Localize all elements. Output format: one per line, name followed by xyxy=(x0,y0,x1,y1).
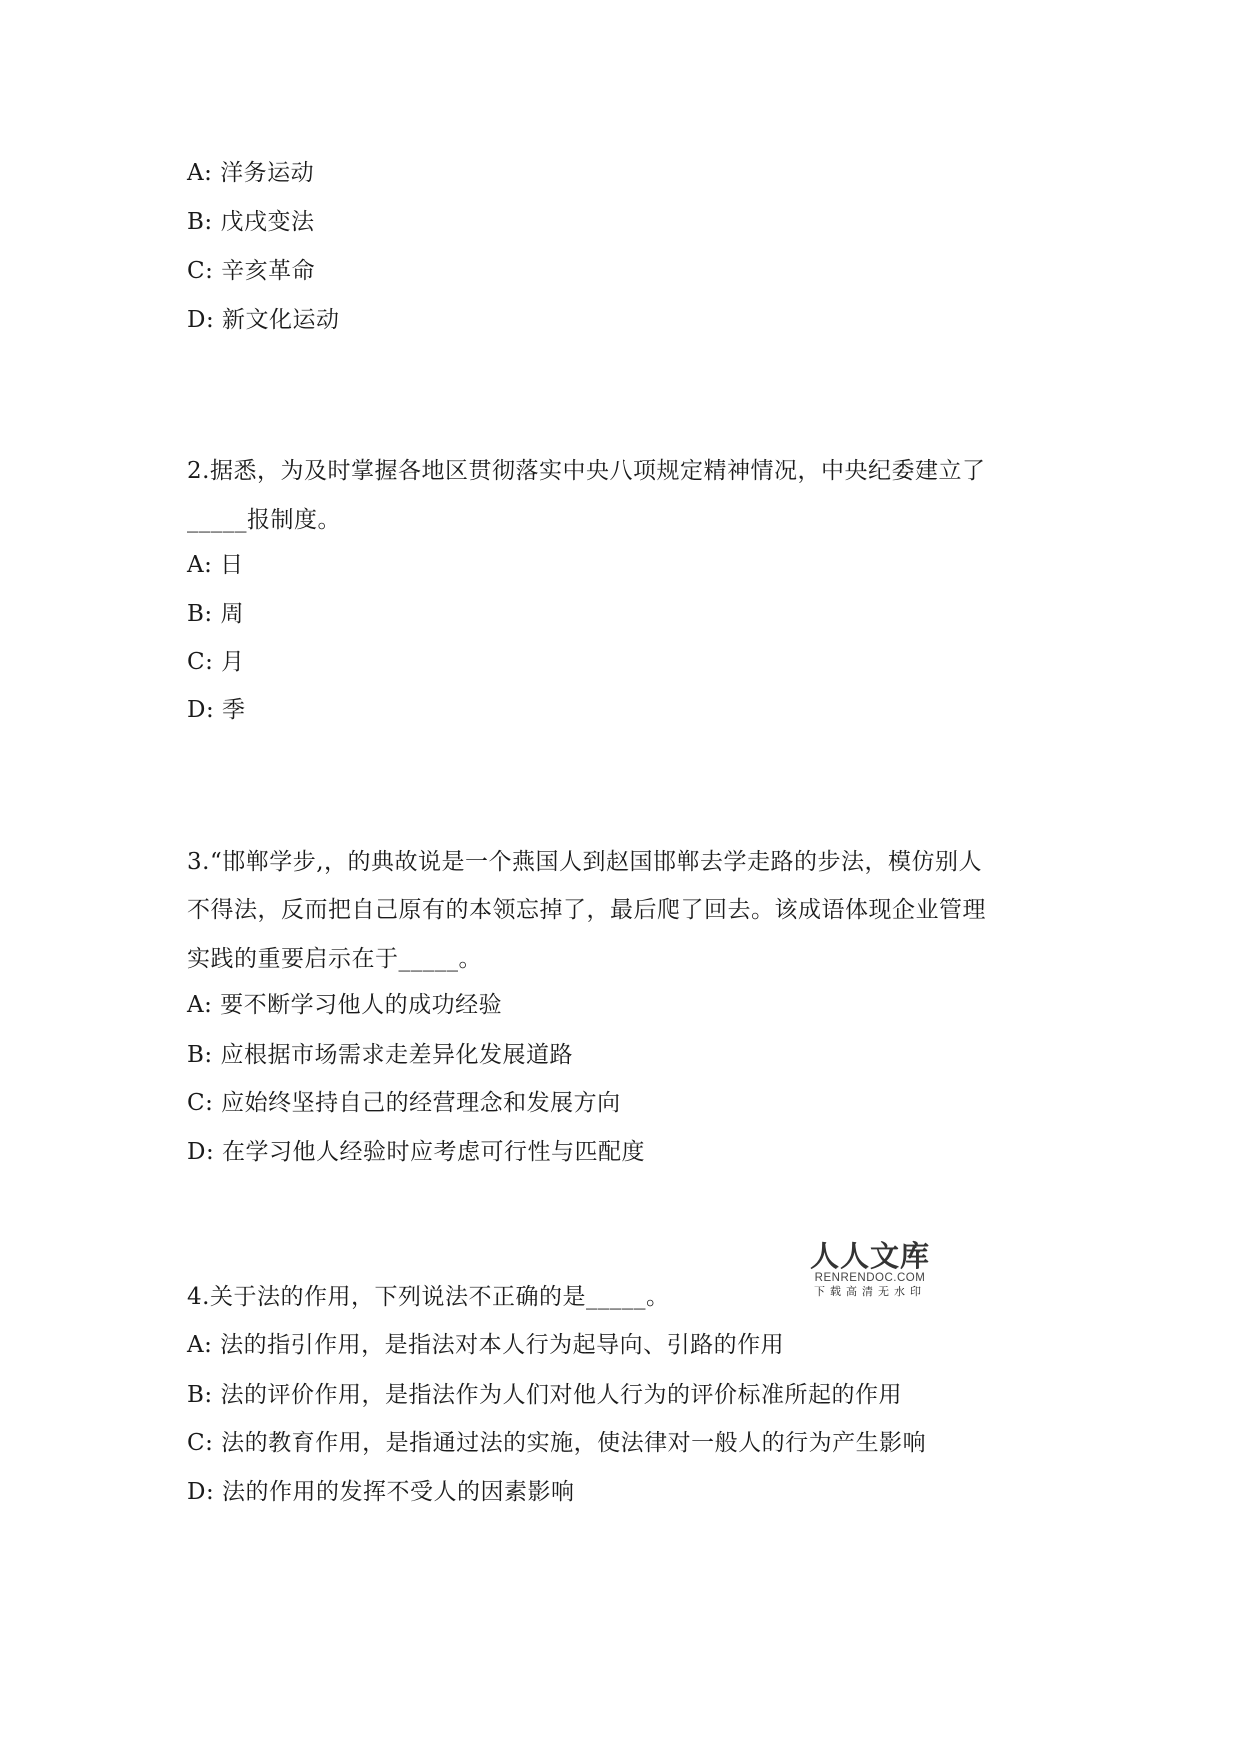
option-text: 周 xyxy=(220,601,244,627)
option-text: 应始终坚持自己的经营理念和发展方向 xyxy=(221,1090,621,1116)
option-d: D: 新文化运动 xyxy=(187,305,340,335)
option-label: B: xyxy=(187,209,213,235)
option-text: 法的评价作用，是指法作为人们对他人行为的评价标准所起的作用 xyxy=(220,1382,902,1408)
option-label: A: xyxy=(187,160,212,186)
watermark-title: 人人文库 xyxy=(806,1240,934,1272)
option-b: B: 戊戌变法 xyxy=(187,207,314,237)
renrendoc-watermark: 人人文库 RENRENDOC.COM 下载高清无水印 xyxy=(806,1240,934,1299)
option-label: C: xyxy=(187,649,213,675)
option-b: B: 法的评价作用，是指法作为人们对他人行为的评价标准所起的作用 xyxy=(187,1380,902,1410)
option-text: 在学习他人经验时应考虑可行性与匹配度 xyxy=(222,1139,645,1165)
option-text: 月 xyxy=(221,649,245,675)
option-a: A: 日 xyxy=(187,550,244,580)
option-text: 法的教育作用，是指通过法的实施，使法律对一般人的行为产生影响 xyxy=(221,1430,926,1456)
option-label: A: xyxy=(187,992,212,1018)
option-c: C: 法的教育作用，是指通过法的实施，使法律对一般人的行为产生影响 xyxy=(187,1428,926,1458)
option-text: 辛亥革命 xyxy=(221,258,315,284)
option-a: A: 洋务运动 xyxy=(187,158,314,188)
option-b: B: 应根据市场需求走差异化发展道路 xyxy=(187,1040,573,1070)
option-a: A: 法的指引作用，是指法对本人行为起导向、引路的作用 xyxy=(187,1330,784,1360)
option-c: C: 辛亥革命 xyxy=(187,256,315,286)
option-label: A: xyxy=(187,1332,212,1358)
option-d: D: 法的作用的发挥不受人的因素影响 xyxy=(187,1477,575,1507)
option-text: 新文化运动 xyxy=(222,307,340,333)
option-text: 洋务运动 xyxy=(220,160,314,186)
option-text: 应根据市场需求走差异化发展道路 xyxy=(220,1042,573,1068)
option-label: D: xyxy=(187,697,214,723)
option-a: A: 要不断学习他人的成功经验 xyxy=(187,990,502,1020)
option-text: 季 xyxy=(222,697,246,723)
watermark-subtitle: 下载高清无水印 xyxy=(806,1285,934,1299)
option-text: 日 xyxy=(220,552,244,578)
option-d: D: 在学习他人经验时应考虑可行性与匹配度 xyxy=(187,1137,645,1167)
option-b: B: 周 xyxy=(187,599,244,629)
question-stem-line: 2.据悉，为及时掌握各地区贯彻落实中央八项规定精神情况，中央纪委建立了 xyxy=(187,456,985,486)
question-stem-line: 4.关于法的作用，下列说法不正确的是_____。 xyxy=(187,1282,669,1312)
option-label: D: xyxy=(187,1139,214,1165)
question-stem-line: 3.“邯郸学步,，的典故说是一个燕国人到赵国邯郸去学走路的步法，模仿别人 xyxy=(187,847,982,877)
option-d: D: 季 xyxy=(187,695,246,725)
watermark-url: RENRENDOC.COM xyxy=(806,1272,934,1285)
option-text: 法的作用的发挥不受人的因素影响 xyxy=(222,1479,575,1505)
option-label: B: xyxy=(187,1042,213,1068)
option-text: 法的指引作用，是指法对本人行为起导向、引路的作用 xyxy=(220,1332,784,1358)
option-label: C: xyxy=(187,1090,213,1116)
option-text: 戊戌变法 xyxy=(220,209,314,235)
option-label: C: xyxy=(187,258,213,284)
option-label: A: xyxy=(187,552,212,578)
question-stem-line: _____报制度。 xyxy=(187,505,341,535)
question-stem-line: 实践的重要启示在于_____。 xyxy=(187,944,482,974)
option-label: B: xyxy=(187,1382,213,1408)
option-label: D: xyxy=(187,1479,214,1505)
option-text: 要不断学习他人的成功经验 xyxy=(220,992,502,1018)
option-label: D: xyxy=(187,307,214,333)
option-c: C: 月 xyxy=(187,647,245,677)
question-stem-line: 不得法，反而把自己原有的本领忘掉了，最后爬了回去。该成语体现企业管理 xyxy=(187,895,986,925)
option-c: C: 应始终坚持自己的经营理念和发展方向 xyxy=(187,1088,621,1118)
option-label: C: xyxy=(187,1430,213,1456)
option-label: B: xyxy=(187,601,213,627)
